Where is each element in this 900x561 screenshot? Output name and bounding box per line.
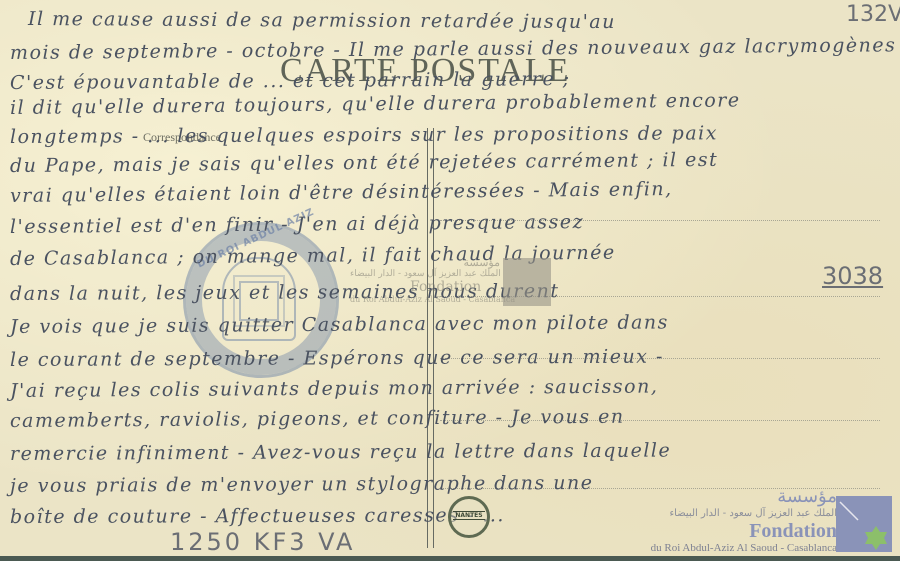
watermark-latin-subtitle: du Roi Abdul-Aziz Al Saoud - Casablanca	[350, 295, 515, 304]
foundation-star-icon	[836, 496, 892, 552]
handwriting-line: C'est épouvantable de ... et cet parrain…	[10, 68, 571, 94]
handwriting-line: Il me cause aussi de sa permission retar…	[28, 8, 616, 33]
watermark-center: مؤسسة الملك عبد العزيز آل سعود - الدار ا…	[350, 256, 515, 304]
handwriting-line: remercie infiniment - Avez-vous reçu la …	[10, 440, 671, 465]
handwriting-line: je vous priais de m'envoyer un stylograp…	[10, 472, 594, 497]
annotation-bottom: 1250 KF3 VA	[170, 528, 355, 556]
handwriting-line: vrai qu'elles étaient loin d'être désint…	[10, 178, 673, 207]
handwriting-line: J'ai reçu les colis suivants depuis mon …	[10, 375, 659, 402]
watermark-logo-icon	[503, 258, 551, 306]
handwriting-line: Je vois que je suis quitter Casablanca a…	[10, 311, 669, 338]
handwriting-line: du Pape, mais je sais qu'elles ont été r…	[10, 149, 718, 177]
postcard-back: CARTE POSTALE Correspondance DU ROI ABDU…	[0, 0, 900, 556]
handwriting-line: mois de septembre - octobre - Il me parl…	[10, 34, 900, 64]
foundation-logo-icon	[836, 496, 892, 552]
annotation-top-right: 132V	[846, 2, 900, 27]
handwriting-line: il dit qu'elle durera toujours, qu'elle …	[10, 89, 741, 119]
stamp-text: NANTES	[453, 511, 485, 520]
watermark-arabic-subtitle: الملك عبد العزيز آل سعود - الدار البيضاء	[350, 269, 500, 279]
watermark-arabic-title: مؤسسة	[350, 256, 500, 269]
handwriting-line: camemberts, raviolis, pigeons, et confit…	[10, 406, 625, 432]
small-postmark-stamp: NANTES	[448, 496, 490, 538]
handwriting-line: boîte de couture - Affectueuses caresses…	[10, 504, 505, 528]
scan-edge	[0, 556, 900, 561]
handwriting-line: longtemps - ... les quelques espoirs sur…	[10, 122, 718, 148]
handwriting-line: l'essentiel est d'en finir - J'en ai déj…	[10, 211, 584, 238]
handwriting-line: le courant de septembre - Espérons que c…	[10, 346, 664, 371]
watermark-latin-title: Fondation	[410, 279, 515, 295]
annotation-middle-right: 3038	[822, 262, 883, 290]
